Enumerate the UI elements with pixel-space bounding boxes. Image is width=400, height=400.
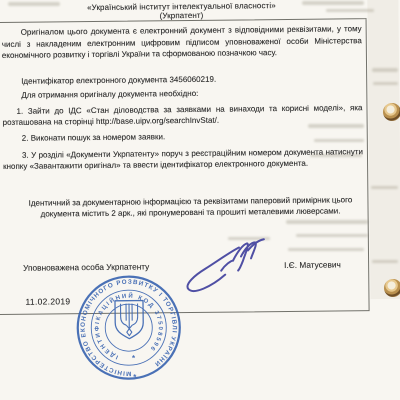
eyelet-icon [384,279,400,297]
list-item-1: 1. Зайти до ІДС «Стан діловодства за зая… [2,102,362,129]
eyelet-icon [383,103,400,121]
scanned-document-page: { "header": { "org_name": "«Український … [0,0,400,400]
ministry-round-stamp: МІНІСТЕРСТВО ЕКОНОМІЧНОГО РОЗВИТКУ І ТОР… [73,272,184,383]
stamp-separator-star: * [132,354,136,363]
handwritten-signature [181,234,274,297]
paragraph-original-note: Оригіналом цього документа є електронний… [2,23,362,61]
list-item-3: 3. У розділі «Документи Укрпатенту» пору… [3,146,363,173]
paragraph-paper-copy-note: Ідентичний за документарною інформацією … [25,194,355,220]
authorized-person-label: Уповноважена особа Укрпатенту [23,261,149,272]
document-date: 11.02.2019 [25,296,70,306]
document-header: «Український інститут інтелектуальної вл… [0,0,365,23]
signer-name: І.Є. Матусевич [284,259,341,270]
document-sheet: «Український інститут інтелектуальної вл… [0,0,400,400]
page-margin-strip [367,0,400,299]
